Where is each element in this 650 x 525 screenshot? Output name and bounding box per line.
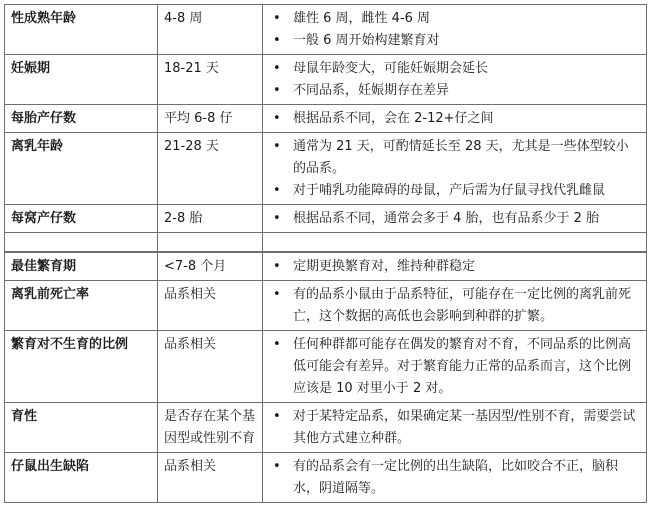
parameter-name: 离乳前死亡率 xyxy=(5,281,158,331)
table-row: 离乳前死亡率 品系相关 •有的品系小鼠由于品系特征，可能存在一定比例的离乳前死亡… xyxy=(5,281,647,331)
empty-cell xyxy=(5,233,158,253)
empty-cell xyxy=(158,233,263,253)
table-row: 繁育对不生育的比例 品系相关 •任何种群都可能存在偶发的繁育对不育，不同品系的比… xyxy=(5,331,647,403)
parameter-notes: •有的品系小鼠由于品系特征，可能存在一定比例的离乳前死亡，这个数据的高低也会影响… xyxy=(263,281,647,331)
note-item: •根据品系不同，会在 2-12+仔之间 xyxy=(263,108,640,130)
parameter-value: <7-8 个月 xyxy=(158,252,263,281)
note-item: •定期更换繁育对，维持种群稳定 xyxy=(263,256,640,278)
parameter-notes: •有的品系会有一定比例的出生缺陷，比如咬合不正，脑积水，阴道隔等。 xyxy=(263,453,647,503)
empty-cell xyxy=(263,233,647,253)
note-item: •对于某特定品系，如果确定某一基因型/性别不育，需要尝试其他方式建立种群。 xyxy=(263,406,640,450)
parameter-value: 品系相关 xyxy=(158,331,263,403)
parameter-name: 离乳年龄 xyxy=(5,133,158,205)
bullet-icon: • xyxy=(273,208,281,230)
bullet-icon: • xyxy=(273,284,281,306)
note-item: •母鼠年龄变大，可能妊娠期会延长 xyxy=(263,58,640,80)
empty-row xyxy=(5,233,647,253)
bullet-icon: • xyxy=(273,334,281,356)
parameter-value: 品系相关 xyxy=(158,281,263,331)
bullet-icon: • xyxy=(273,406,281,428)
table-row: 育性 是否存在某个基因型或性别不育 •对于某特定品系，如果确定某一基因型/性别不… xyxy=(5,403,647,453)
note-item: •根据品系不同，通常会多于 4 胎，也有品系少于 2 胎 xyxy=(263,208,640,230)
bullet-icon: • xyxy=(273,180,281,202)
parameter-value: 平均 6-8 仔 xyxy=(158,105,263,133)
note-item: •一般 6 周开始构建繁育对 xyxy=(263,30,640,52)
parameter-value: 品系相关 xyxy=(158,453,263,503)
parameter-value: 2-8 胎 xyxy=(158,205,263,233)
note-item: •任何种群都可能存在偶发的繁育对不育，不同品系的比例高低可能会有差异。对于繁育能… xyxy=(263,334,640,400)
parameter-name: 妊娠期 xyxy=(5,55,158,105)
parameter-value: 是否存在某个基因型或性别不育 xyxy=(158,403,263,453)
parameter-value: 18-21 天 xyxy=(158,55,263,105)
parameter-name: 性成熟年龄 xyxy=(5,5,158,55)
parameter-notes: •根据品系不同，通常会多于 4 胎，也有品系少于 2 胎 xyxy=(263,205,647,233)
note-item: •有的品系小鼠由于品系特征，可能存在一定比例的离乳前死亡，这个数据的高低也会影响… xyxy=(263,284,640,328)
note-item: •不同品系，妊娠期存在差异 xyxy=(263,80,640,102)
parameter-name: 繁育对不生育的比例 xyxy=(5,331,158,403)
parameter-notes: •根据品系不同，会在 2-12+仔之间 xyxy=(263,105,647,133)
table-row: 性成熟年龄 4-8 周 •雄性 6 周，雌性 4-6 周 •一般 6 周开始构建… xyxy=(5,5,647,55)
parameter-name: 每胎产仔数 xyxy=(5,105,158,133)
bullet-icon: • xyxy=(273,256,281,278)
parameter-name: 仔鼠出生缺陷 xyxy=(5,453,158,503)
table-row: 妊娠期 18-21 天 •母鼠年龄变大，可能妊娠期会延长 •不同品系，妊娠期存在… xyxy=(5,55,647,105)
parameter-value: 21-28 天 xyxy=(158,133,263,205)
parameter-notes: •雄性 6 周，雌性 4-6 周 •一般 6 周开始构建繁育对 xyxy=(263,5,647,55)
parameter-notes: •任何种群都可能存在偶发的繁育对不育，不同品系的比例高低可能会有差异。对于繁育能… xyxy=(263,331,647,403)
bullet-icon: • xyxy=(273,456,281,478)
note-item: •对于哺乳功能障碍的母鼠，产后需为仔鼠寻找代乳雌鼠 xyxy=(263,180,640,202)
parameter-name: 每窝产仔数 xyxy=(5,205,158,233)
parameter-notes: •对于某特定品系，如果确定某一基因型/性别不育，需要尝试其他方式建立种群。 xyxy=(263,403,647,453)
bullet-icon: • xyxy=(273,30,281,52)
bullet-icon: • xyxy=(273,8,281,30)
table-row: 每窝产仔数 2-8 胎 •根据品系不同，通常会多于 4 胎，也有品系少于 2 胎 xyxy=(5,205,647,233)
table-row: 最佳繁育期 <7-8 个月 •定期更换繁育对，维持种群稳定 xyxy=(5,252,647,281)
parameter-notes: •定期更换繁育对，维持种群稳定 xyxy=(263,252,647,281)
parameter-notes: •母鼠年龄变大，可能妊娠期会延长 •不同品系，妊娠期存在差异 xyxy=(263,55,647,105)
parameter-name: 最佳繁育期 xyxy=(5,252,158,281)
note-item: •通常为 21 天，可酌情延长至 28 天，尤其是一些体型较小的品系。 xyxy=(263,136,640,180)
bullet-icon: • xyxy=(273,80,281,102)
bullet-icon: • xyxy=(273,58,281,80)
table-row: 仔鼠出生缺陷 品系相关 •有的品系会有一定比例的出生缺陷，比如咬合不正，脑积水，… xyxy=(5,453,647,503)
parameter-notes: •通常为 21 天，可酌情延长至 28 天，尤其是一些体型较小的品系。 •对于哺… xyxy=(263,133,647,205)
bullet-icon: • xyxy=(273,136,281,158)
parameter-name: 育性 xyxy=(5,403,158,453)
table-row: 每胎产仔数 平均 6-8 仔 •根据品系不同，会在 2-12+仔之间 xyxy=(5,105,647,133)
mouse-breeding-parameters-table: 性成熟年龄 4-8 周 •雄性 6 周，雌性 4-6 周 •一般 6 周开始构建… xyxy=(4,4,647,503)
note-item: •雄性 6 周，雌性 4-6 周 xyxy=(263,8,640,30)
note-item: •有的品系会有一定比例的出生缺陷，比如咬合不正，脑积水，阴道隔等。 xyxy=(263,456,640,500)
parameter-value: 4-8 周 xyxy=(158,5,263,55)
bullet-icon: • xyxy=(273,108,281,130)
table-row: 离乳年龄 21-28 天 •通常为 21 天，可酌情延长至 28 天，尤其是一些… xyxy=(5,133,647,205)
